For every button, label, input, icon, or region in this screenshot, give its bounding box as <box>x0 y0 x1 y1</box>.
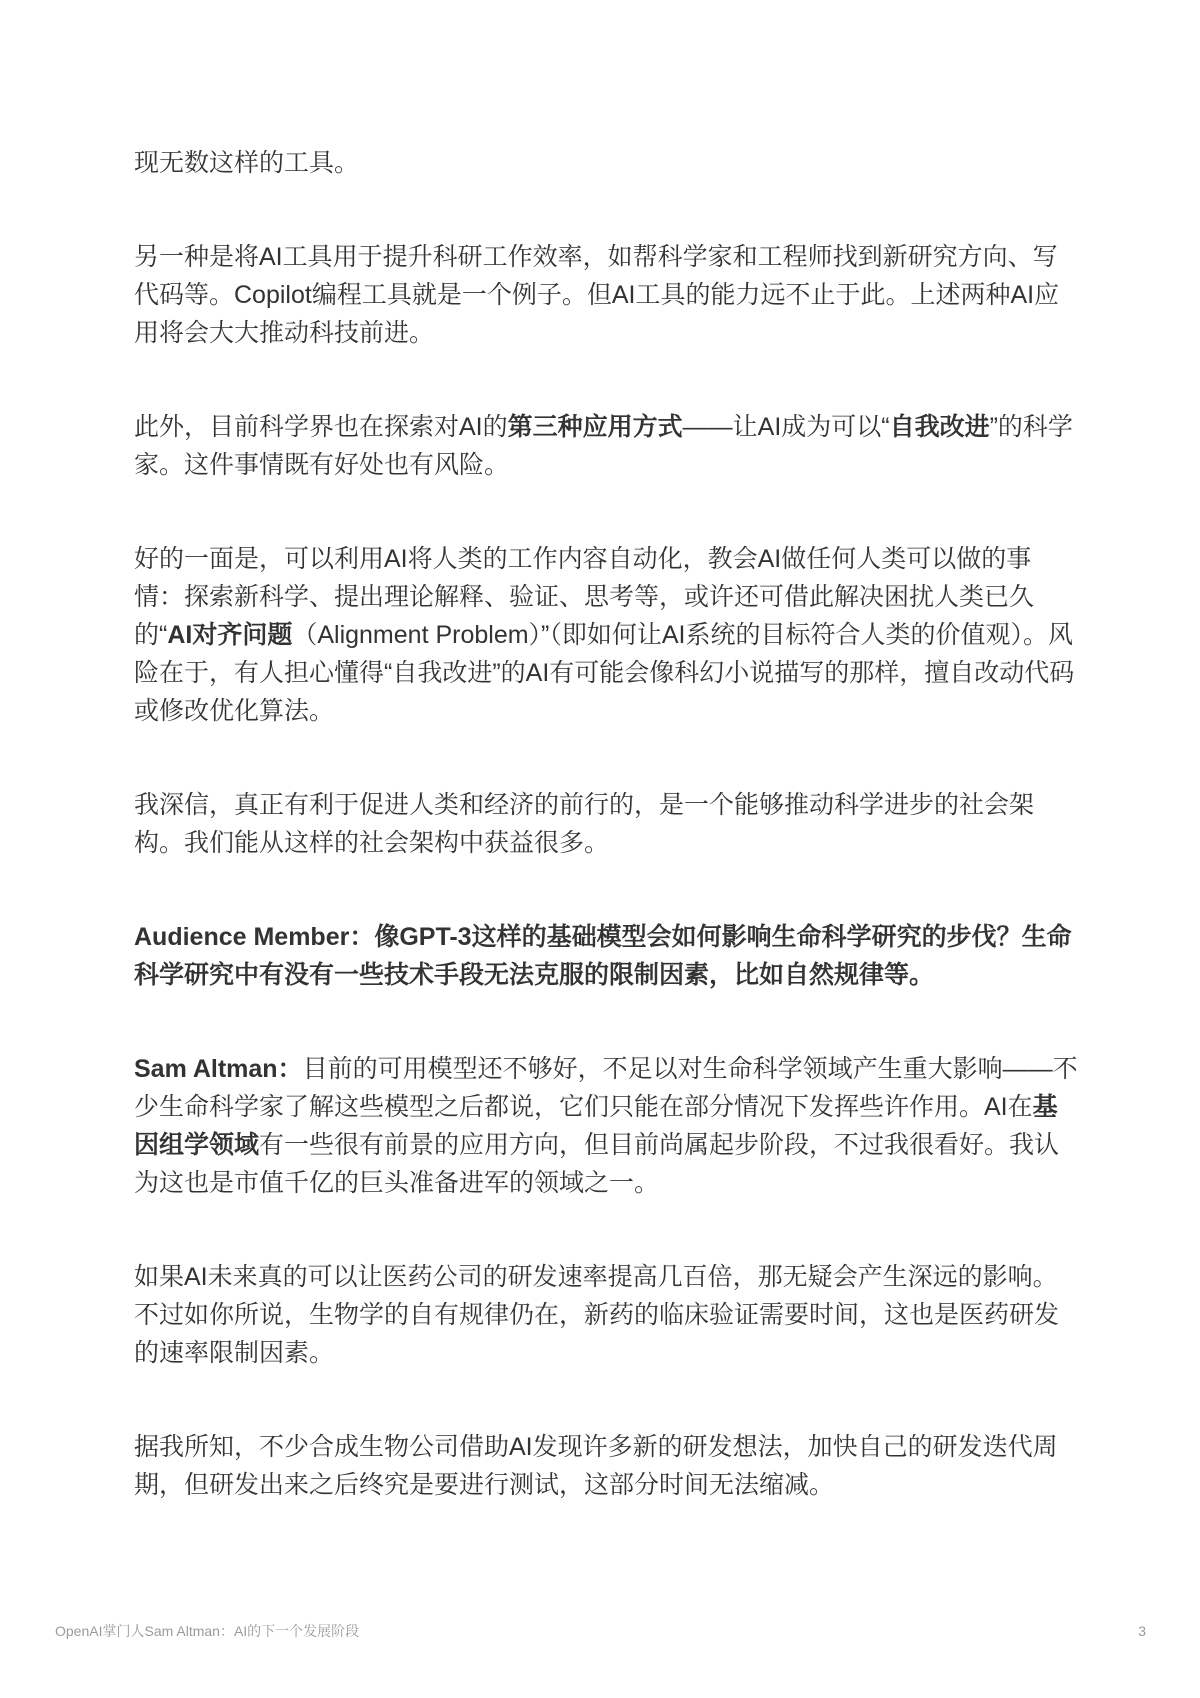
footer-document-title: OpenAI掌门人Sam Altman：AI的下一个发展阶段 <box>55 1621 359 1641</box>
paragraph-text: 有一些很有前景的应用方向，但目前尚属起步阶段，不过我很看好。我认为这也是市值千亿… <box>134 1131 1059 1197</box>
footer-page-number: 3 <box>1138 1623 1146 1639</box>
paragraph: 如果AI未来真的可以让医药公司的研发速率提高几百倍，那无疑会产生深远的影响。不过… <box>134 1258 1080 1372</box>
paragraph-audience-question: Audience Member：像GPT-3这样的基础模型会如何影响生命科学研究… <box>134 918 1080 994</box>
document-page: 现无数这样的工具。 另一种是将AI工具用于提升科研工作效率，如帮科学家和工程师找… <box>0 0 1200 1698</box>
paragraph-sam-altman-answer: Sam Altman：目前的可用模型还不够好，不足以对生命科学领域产生重大影响—… <box>134 1050 1080 1202</box>
paragraph: 此外，目前科学界也在探索对AI的第三种应用方式——让AI成为可以“自我改进”的科… <box>134 408 1080 484</box>
paragraph: 现无数这样的工具。 <box>134 144 1080 182</box>
paragraph-text-bold: 自我改进 <box>890 413 990 441</box>
paragraph-text: 据我所知，不少合成生物公司借助AI发现许多新的研发想法，加快自己的研发迭代周期，… <box>134 1433 1058 1499</box>
paragraph: 另一种是将AI工具用于提升科研工作效率，如帮科学家和工程师找到新研究方向、写代码… <box>134 238 1080 352</box>
paragraph-text: 此外，目前科学界也在探索对AI的 <box>134 413 508 441</box>
paragraph: 据我所知，不少合成生物公司借助AI发现许多新的研发想法，加快自己的研发迭代周期，… <box>134 1428 1080 1504</box>
speaker-name-bold: Sam Altman： <box>134 1055 303 1083</box>
paragraph-text: 我深信，真正有利于促进人类和经济的前行的，是一个能够推动科学进步的社会架构。我们… <box>134 791 1034 857</box>
paragraph-text-bold: 第三种应用方式 <box>508 413 683 441</box>
paragraph-text: 如果AI未来真的可以让医药公司的研发速率提高几百倍，那无疑会产生深远的影响。不过… <box>134 1263 1059 1367</box>
paragraph-text: ——让AI成为可以“ <box>683 413 890 441</box>
paragraph-text: 现无数这样的工具。 <box>134 149 359 177</box>
paragraph-text-bold: AI对齐问题 <box>167 621 292 649</box>
paragraph: 我深信，真正有利于促进人类和经济的前行的，是一个能够推动科学进步的社会架构。我们… <box>134 786 1080 862</box>
paragraph-text: 另一种是将AI工具用于提升科研工作效率，如帮科学家和工程师找到新研究方向、写代码… <box>134 243 1059 347</box>
document-body: 现无数这样的工具。 另一种是将AI工具用于提升科研工作效率，如帮科学家和工程师找… <box>134 144 1080 1560</box>
page-footer: OpenAI掌门人Sam Altman：AI的下一个发展阶段 3 <box>55 1621 1146 1641</box>
paragraph: 好的一面是，可以利用AI将人类的工作内容自动化，教会AI做任何人类可以做的事情：… <box>134 540 1080 730</box>
paragraph-text-bold: Audience Member：像GPT-3这样的基础模型会如何影响生命科学研究… <box>134 923 1072 989</box>
